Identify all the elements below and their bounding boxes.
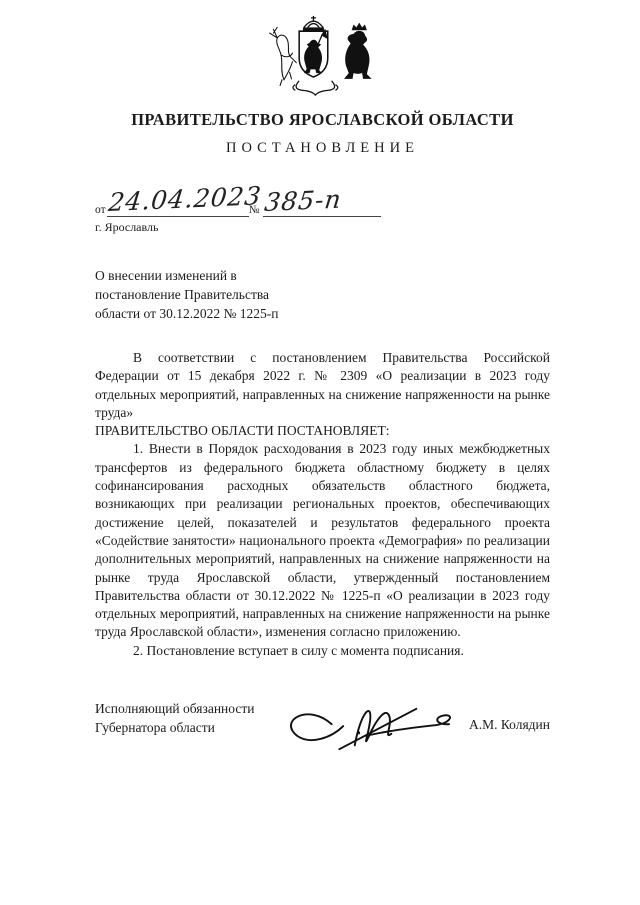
signer-position: Исполняющий обязанности Губернатора обла… [95,700,254,737]
signature-block: Исполняющий обязанности Губернатора обла… [95,700,550,764]
subject-block: О внесении изменений в постановление Пра… [95,266,550,323]
coat-of-arms-icon [261,12,385,100]
right-bear [343,31,371,79]
item-1-paragraph: 1. Внести в Порядок расходования в 2023 … [95,440,550,641]
handwritten-date: 24.04.2023 [107,183,263,216]
org-title: ПРАВИТЕЛЬСТВО ЯРОСЛАВСКОЙ ОБЛАСТИ [95,110,550,130]
signer-name: А.М. Колядин [469,700,550,733]
signer-position-line: Губернатора области [95,719,254,738]
subject-line: постановление Правительства [95,285,550,304]
intro-paragraph: В соответствии с постановлением Правител… [95,349,550,422]
date-prefix-label: от [95,203,106,217]
handwritten-number: 385-п [263,186,343,216]
resolves-line: ПРАВИТЕЛЬСТВО ОБЛАСТИ ПОСТАНОВЛЯЕТ: [95,422,550,440]
date-field: 24.04.2023 [107,186,249,217]
subject-line: О внесении изменений в [95,266,550,285]
subject-line: области от 30.12.2022 № 1225-п [95,304,550,323]
doc-type-title: ПОСТАНОВЛЕНИЕ [95,140,550,157]
date-number-row: от 24.04.2023 № 385-п [95,187,550,217]
city-label: г. Ярославль [95,220,550,235]
signature-icon [272,694,464,764]
signer-position-line: Исполняющий обязанности [95,700,254,719]
number-field: 385-п [263,186,381,217]
document-page: ПРАВИТЕЛЬСТВО ЯРОСЛАВСКОЙ ОБЛАСТИ ПОСТАН… [0,0,640,905]
item-2-paragraph: 2. Постановление вступает в силу с момен… [95,642,550,660]
body-text: В соответствии с постановлением Правител… [95,349,550,660]
